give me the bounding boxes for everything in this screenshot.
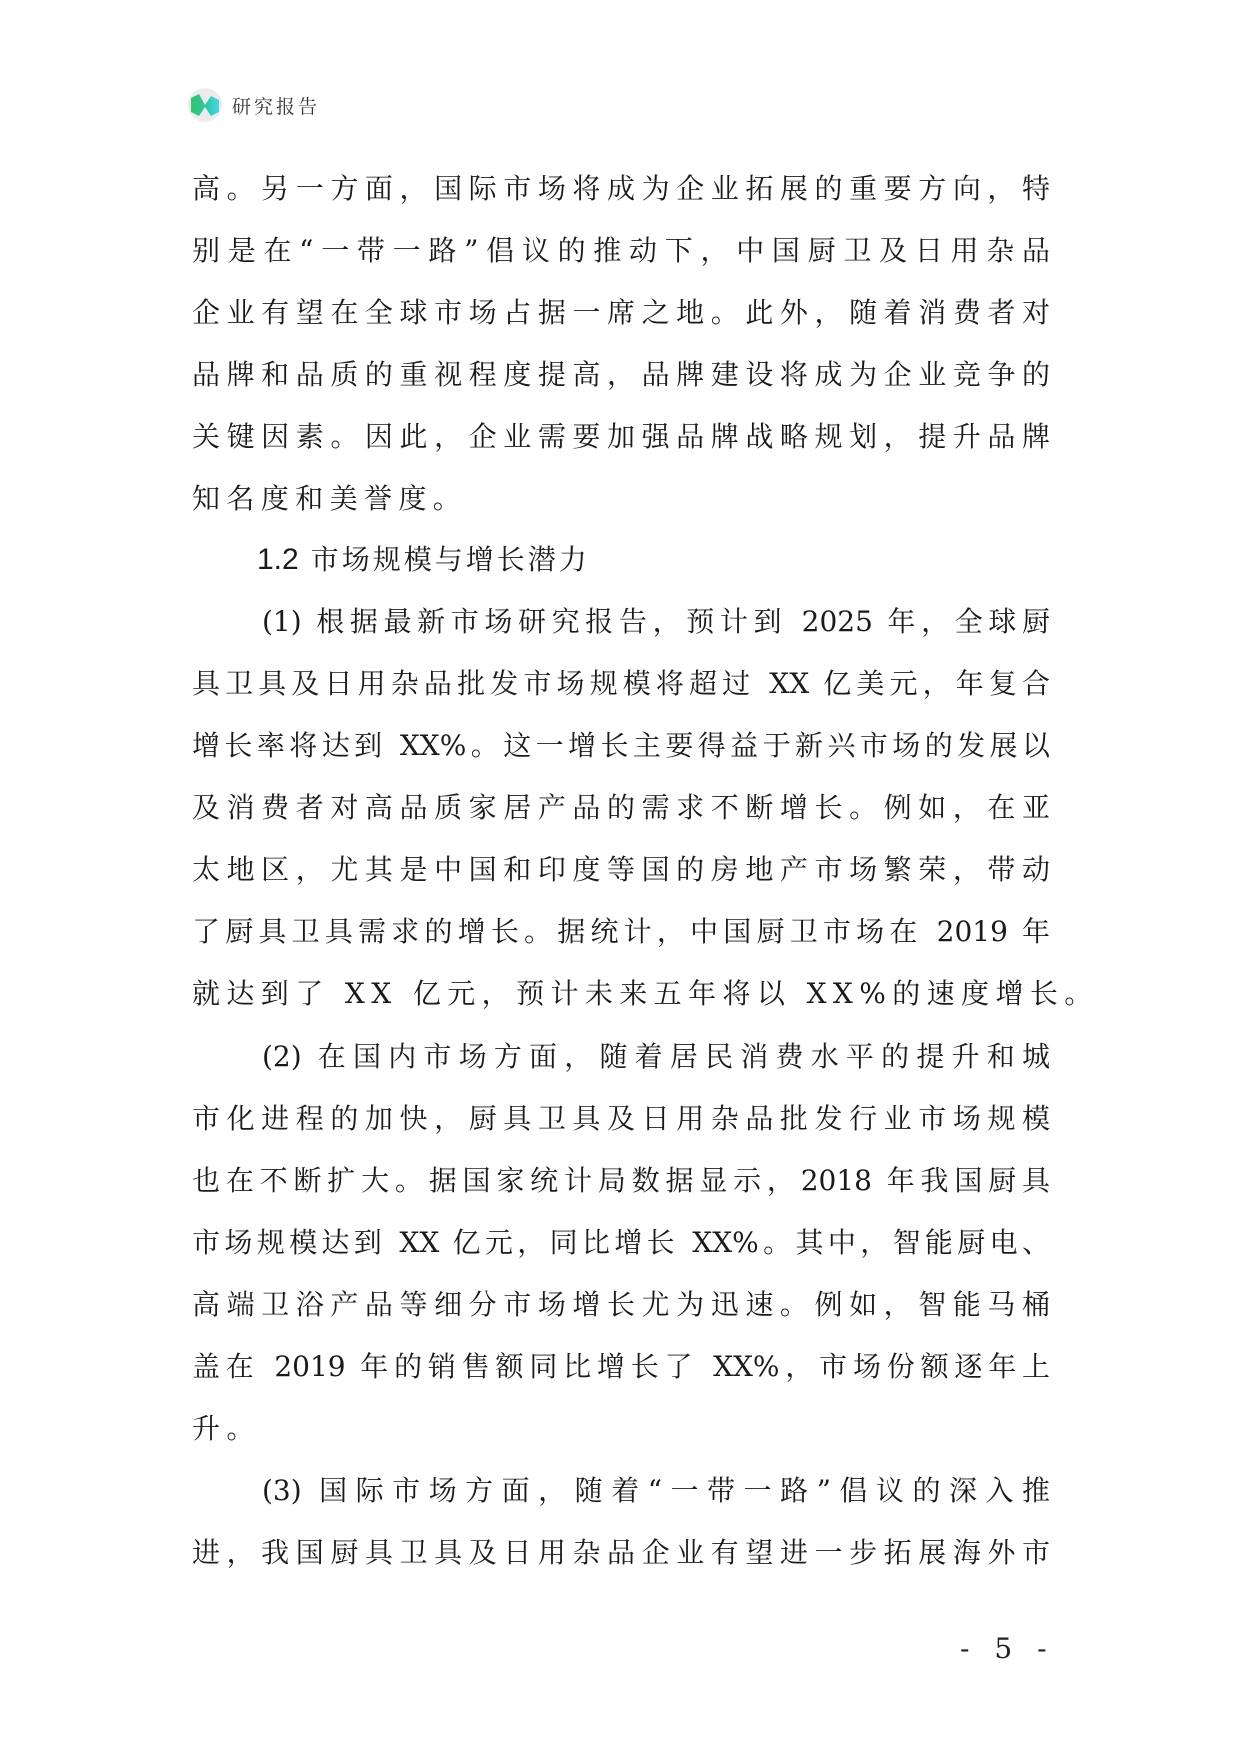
text-line: 进，我国厨具卫具及日用杂品企业有望进一步拓展海外市	[192, 1522, 1050, 1584]
header-title: 研究报告	[232, 92, 320, 119]
text-line: 别是在“一带一路”倡议的推动下，中国厨卫及日用杂品	[192, 220, 1050, 282]
text-line: 也在不断扩大。据国家统计局数据显示，2018 年我国厨具	[192, 1150, 1050, 1212]
text-line: 知名度和美誉度。	[192, 468, 1050, 530]
text-line: (3) 国际市场方面，随着“一带一路”倡议的深入推	[262, 1460, 1050, 1522]
text-line: (2) 在国内市场方面，随着居民消费水平的提升和城	[262, 1026, 1050, 1088]
text-line: 高端卫浴产品等细分市场增长尤为迅速。例如，智能马桶	[192, 1274, 1050, 1336]
text-line: 品牌和品质的重视程度提高，品牌建设将成为企业竞争的	[192, 344, 1050, 406]
text-line: 太地区，尤其是中国和印度等国的房地产市场繁荣，带动	[192, 839, 1050, 901]
text-line: 市化进程的加快，厨具卫具及日用杂品批发行业市场规模	[192, 1088, 1050, 1150]
text-line: 及消费者对高品质家居产品的需求不断增长。例如，在亚	[192, 777, 1050, 839]
text-line: 市场规模达到 XX 亿元，同比增长 XX%。其中，智能厨电、	[192, 1212, 1050, 1274]
text-line: 关键因素。因此，企业需要加强品牌战略规划，提升品牌	[192, 406, 1050, 468]
text-line: 升。	[192, 1398, 1050, 1460]
page-number: - 5 -	[960, 1632, 1055, 1665]
text-line: 盖在 2019 年的销售额同比增长了 XX%，市场份额逐年上	[192, 1336, 1050, 1398]
text-line: 了厨具卫具需求的增长。据统计，中国厨卫市场在 2019 年	[192, 901, 1050, 963]
text-line: 具卫具及日用杂品批发市场规模将超过 XX 亿美元，年复合	[192, 653, 1050, 715]
text-line: 就达到了 XX 亿元，预计未来五年将以 XX%的速度增长。	[192, 963, 1050, 1025]
text-line: 高。另一方面，国际市场将成为企业拓展的重要方向，特	[192, 158, 1050, 220]
text-line: 企业有望在全球市场占据一席之地。此外，随着消费者对	[192, 282, 1050, 344]
section-title: 市场规模与增长潜力	[311, 543, 590, 576]
text-line: 增长率将达到 XX%。这一增长主要得益于新兴市场的发展以	[192, 715, 1050, 777]
page-header: 研究报告	[188, 88, 320, 122]
section-number: 1.2	[257, 543, 299, 576]
text-line: (1) 根据最新市场研究报告，预计到 2025 年，全球厨	[262, 591, 1050, 653]
section-heading: 1.2市场规模与增长潜力	[257, 529, 590, 591]
research-report-logo-icon	[188, 88, 222, 122]
